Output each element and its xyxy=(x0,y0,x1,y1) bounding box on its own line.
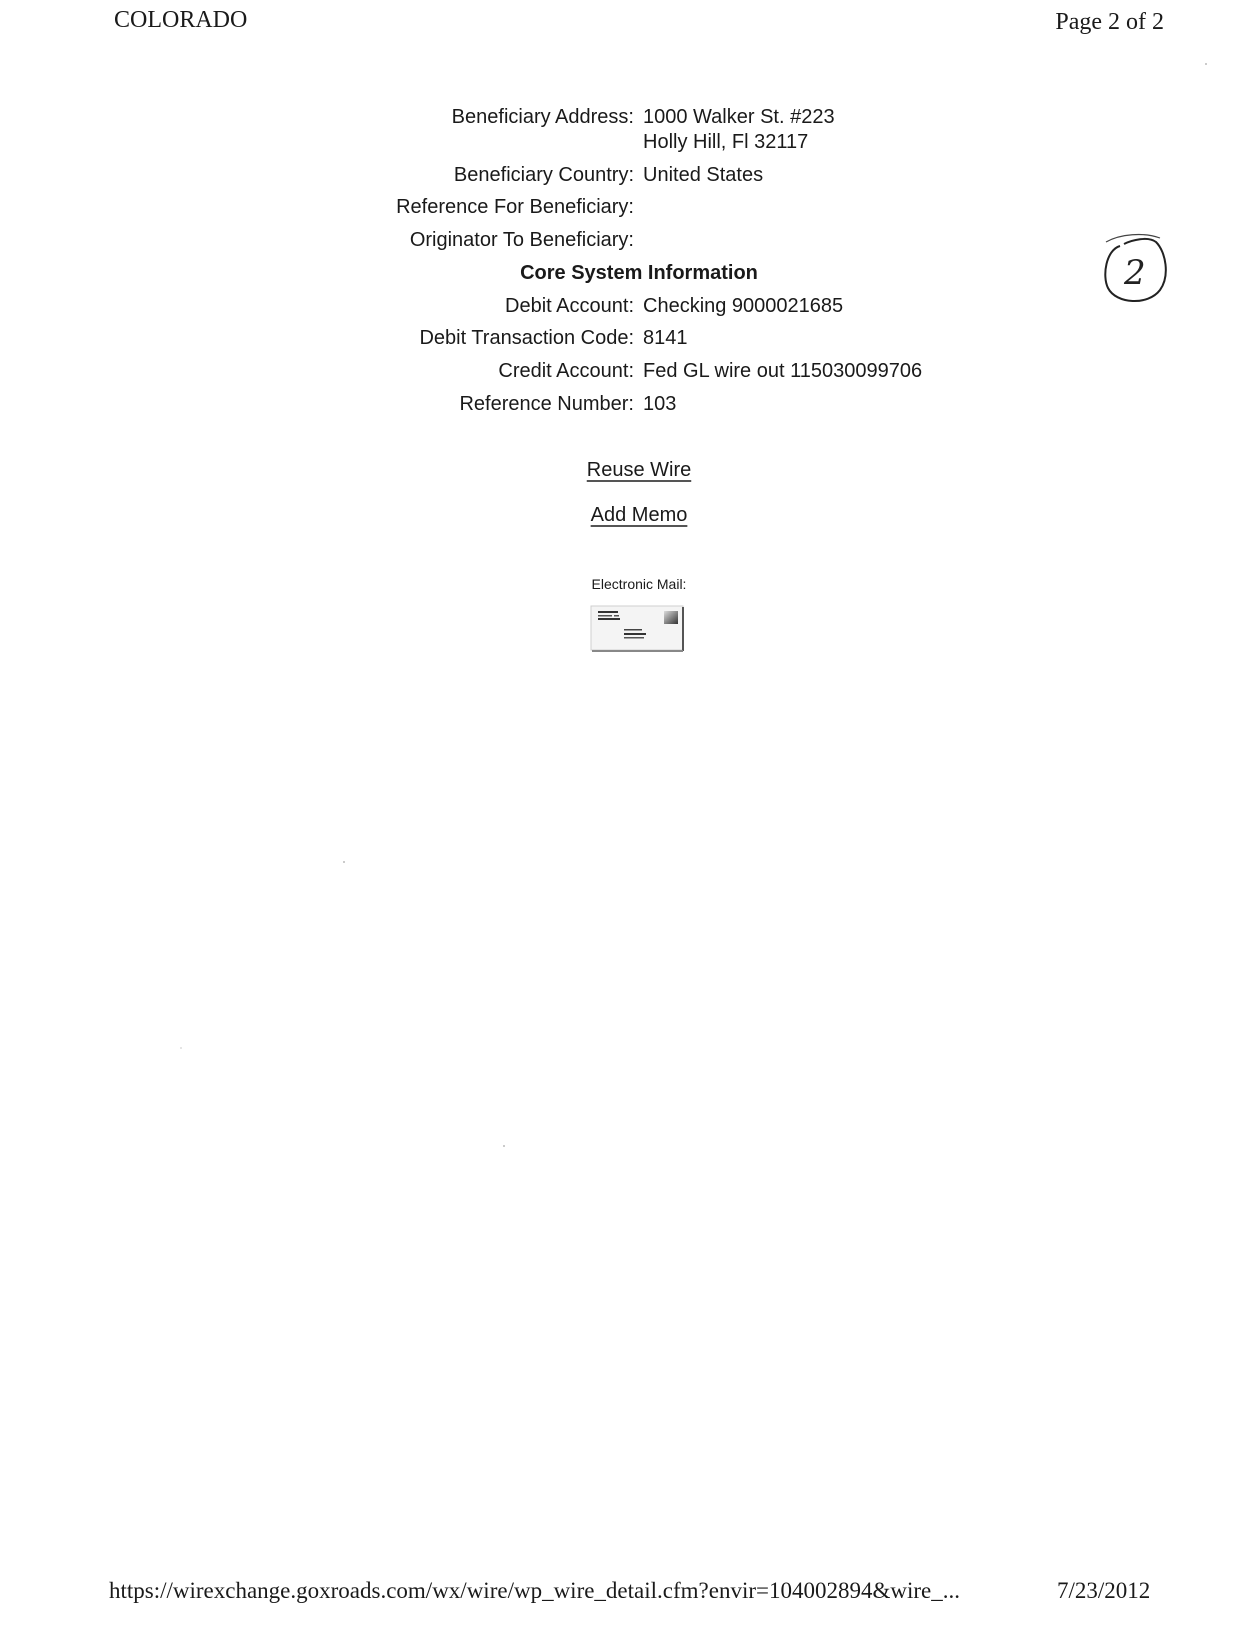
electronic-mail-label: Electronic Mail: xyxy=(0,576,1240,592)
debit-account-row: Debit Account: Checking 9000021685 xyxy=(0,293,1240,319)
beneficiary-country-value: United States xyxy=(643,162,763,188)
debit-transaction-code-value: 8141 xyxy=(643,325,688,351)
print-date: 7/23/2012 xyxy=(1057,1578,1150,1604)
beneficiary-address-line2: Holly Hill, Fl 32117 xyxy=(643,129,808,155)
add-memo-link-container: Add Memo xyxy=(0,502,1240,528)
beneficiary-country-label: Beneficiary Country: xyxy=(454,162,634,188)
beneficiary-country-row: Beneficiary Country: United States xyxy=(0,162,1240,188)
reference-number-value: 103 xyxy=(643,391,676,417)
debit-account-label: Debit Account: xyxy=(505,293,634,319)
page-indicator: Page 2 of 2 xyxy=(1055,9,1164,36)
source-url: https://wirexchange.goxroads.com/wx/wire… xyxy=(109,1578,960,1604)
debit-transaction-code-label: Debit Transaction Code: xyxy=(419,325,634,351)
reuse-wire-link[interactable]: Reuse Wire xyxy=(587,459,691,481)
header-state: COLORADO xyxy=(114,7,247,34)
beneficiary-address-label: Beneficiary Address: xyxy=(452,104,634,130)
core-system-heading: Core System Information xyxy=(0,260,1240,286)
svg-text:2: 2 xyxy=(1123,253,1146,293)
handwritten-page-mark: 2 xyxy=(1098,228,1170,308)
debit-account-value: Checking 9000021685 xyxy=(643,293,843,319)
reference-number-label: Reference Number: xyxy=(459,391,634,417)
reference-number-row: Reference Number: 103 xyxy=(0,391,1240,417)
reference-for-beneficiary-label: Reference For Beneficiary: xyxy=(396,194,634,220)
envelope-icon[interactable] xyxy=(590,605,686,653)
credit-account-value: Fed GL wire out 115030099706 xyxy=(643,358,922,384)
originator-to-beneficiary-label: Originator To Beneficiary: xyxy=(410,227,634,253)
add-memo-link[interactable]: Add Memo xyxy=(591,504,688,526)
reference-for-beneficiary-row: Reference For Beneficiary: xyxy=(0,194,1240,220)
debit-transaction-code-row: Debit Transaction Code: 8141 xyxy=(0,325,1240,351)
beneficiary-address-row: Beneficiary Address: 1000 Walker St. #22… xyxy=(0,104,1240,130)
originator-to-beneficiary-row: Originator To Beneficiary: xyxy=(0,227,1240,253)
beneficiary-address-line2-row: Holly Hill, Fl 32117 xyxy=(0,129,1240,155)
reuse-wire-link-container: Reuse Wire xyxy=(0,457,1240,483)
credit-account-row: Credit Account: Fed GL wire out 11503009… xyxy=(0,358,1240,384)
credit-account-label: Credit Account: xyxy=(498,358,634,384)
beneficiary-address-line1: 1000 Walker St. #223 xyxy=(643,104,835,130)
